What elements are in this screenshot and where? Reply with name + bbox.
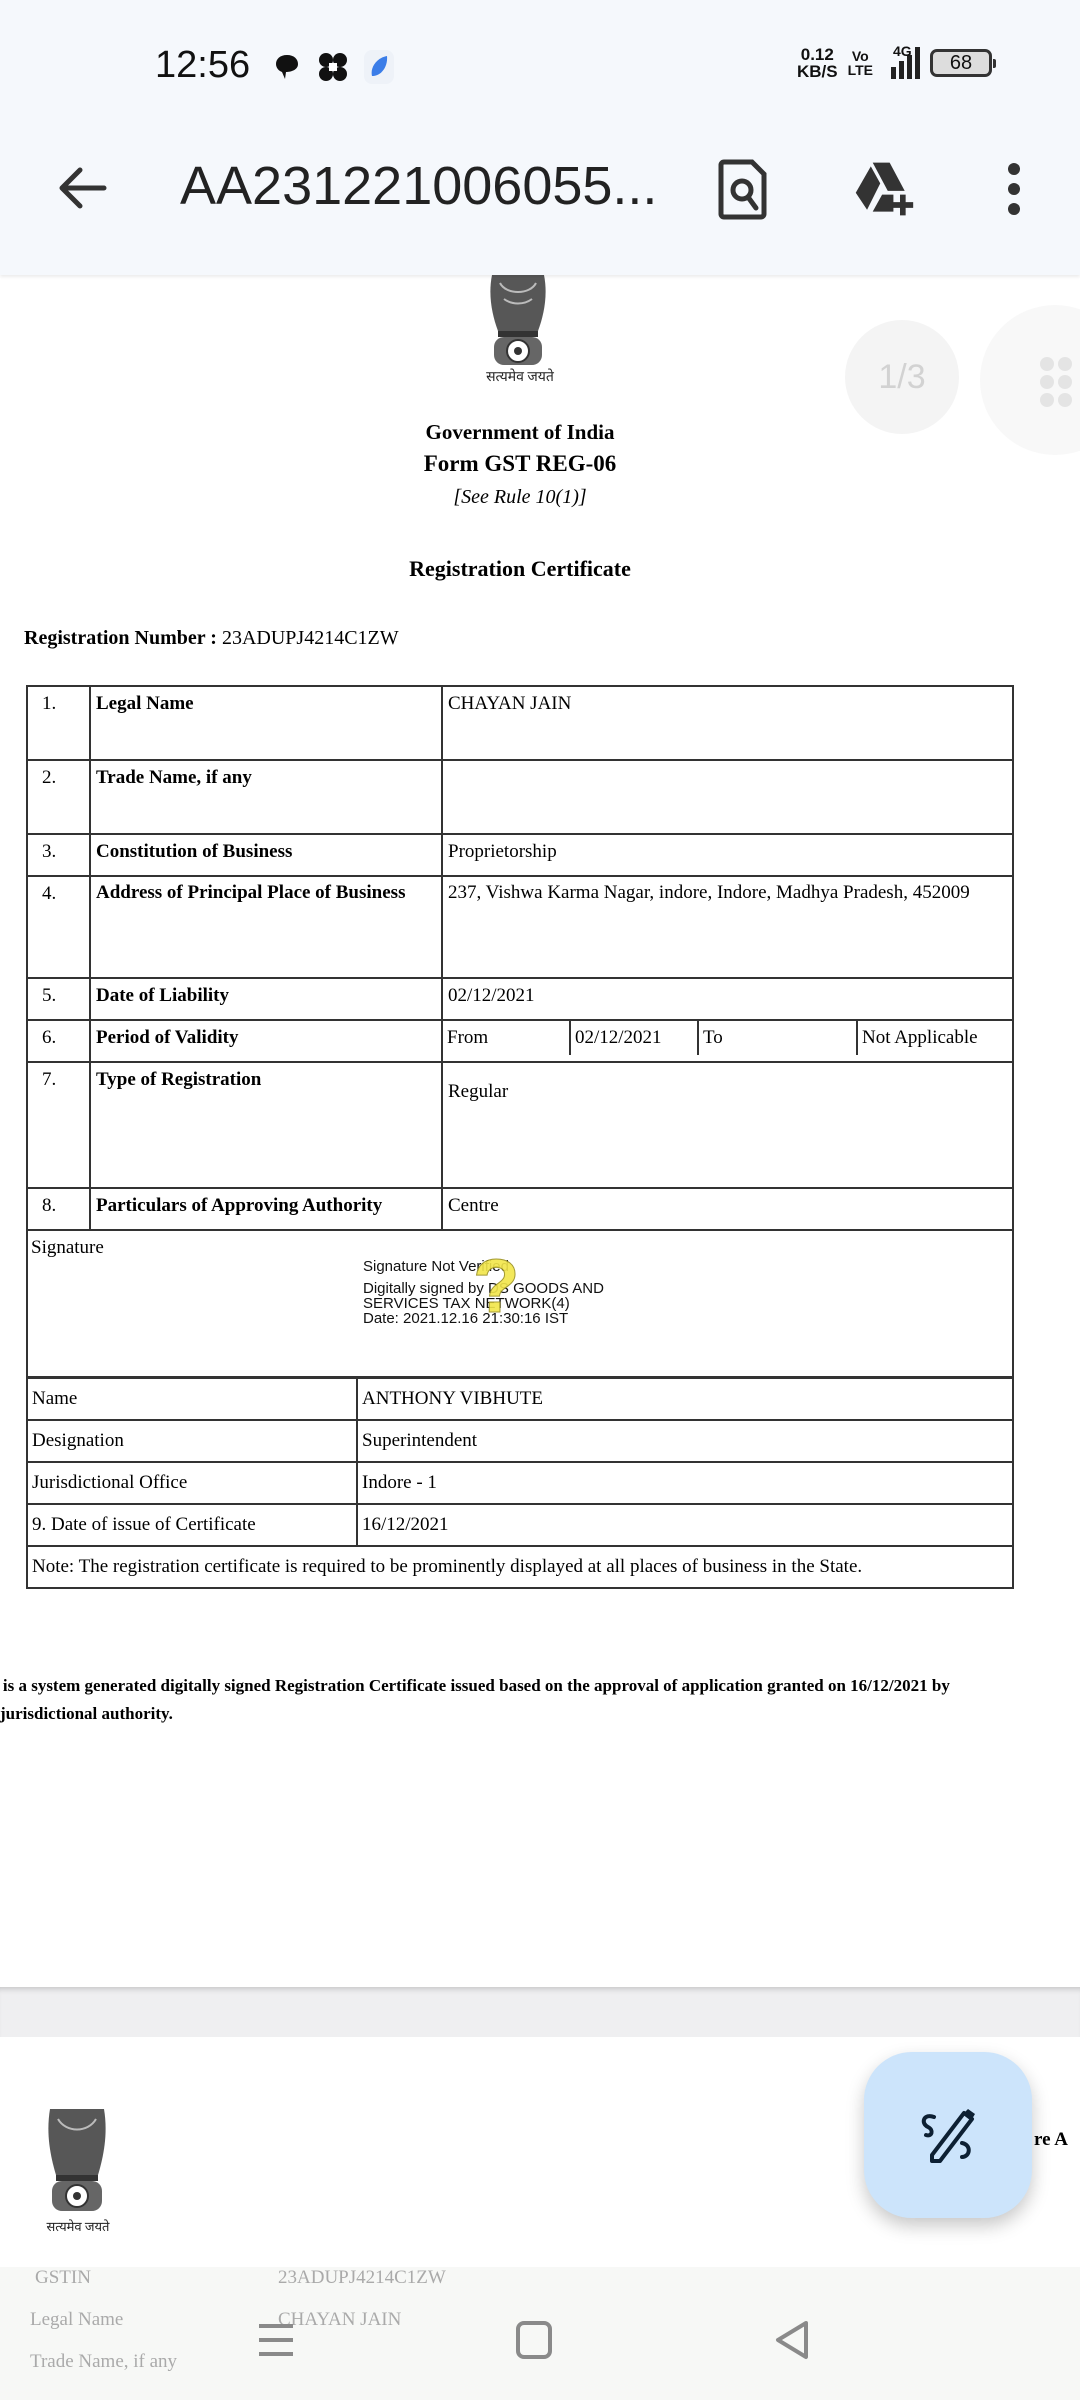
- grid-dots-icon: [1040, 357, 1072, 407]
- find-in-document-button[interactable]: [712, 155, 776, 223]
- table-row: 1. Legal Name CHAYAN JAIN: [27, 686, 1013, 760]
- officer-details-table: Name ANTHONY VIBHUTE Designation Superin…: [26, 1377, 1014, 1589]
- pen-draw-icon: [918, 2105, 978, 2165]
- footer-line-2: jurisdictional authority.: [0, 1700, 1072, 1728]
- document-page-1: सत्यमेव जयते Government of India Form GS…: [0, 275, 1080, 1987]
- back-triangle-icon: [772, 2320, 812, 2360]
- table-row: 7. Type of Registration Regular: [27, 1062, 1013, 1188]
- battery-level: 68: [950, 52, 972, 75]
- table-row: 5. Date of Liability 02/12/2021: [27, 978, 1013, 1020]
- table-row: 3. Constitution of Business Proprietorsh…: [27, 834, 1013, 876]
- p2-label: GSTIN: [35, 2267, 91, 2289]
- clover-app-icon: [316, 50, 350, 84]
- notification-icons: [272, 50, 394, 84]
- officer-label: 9. Date of issue of Certificate: [27, 1504, 357, 1546]
- row-number: 2.: [27, 760, 90, 834]
- status-right: 0.12 KB/S Vo LTE 4G 68: [797, 46, 992, 80]
- signature-label: Signature: [31, 1237, 104, 1259]
- status-time: 12:56: [155, 44, 250, 87]
- table-row: 8. Particulars of Approving Authority Ce…: [27, 1188, 1013, 1230]
- row-label: Trade Name, if any: [90, 760, 442, 834]
- from-label: From: [443, 1021, 570, 1055]
- table-row: Jurisdictional Office Indore - 1: [27, 1462, 1013, 1504]
- row-number: 1.: [27, 686, 90, 760]
- footer-line-1: s is a system generated digitally signed…: [0, 1672, 1072, 1700]
- page-indicator: 1/3: [845, 320, 959, 434]
- rule-reference: [See Rule 10(1)]: [0, 486, 1040, 509]
- registration-number-value: 23ADUPJ4214C1ZW: [222, 627, 399, 649]
- display-note: Note: The registration certificate is re…: [27, 1546, 1013, 1588]
- row-label: Address of Principal Place of Business: [90, 876, 442, 978]
- row-label: Period of Validity: [90, 1020, 442, 1062]
- home-button[interactable]: [504, 2310, 564, 2370]
- officer-label: Designation: [27, 1420, 357, 1462]
- table-row: 4. Address of Principal Place of Busines…: [27, 876, 1013, 978]
- row-label: Constitution of Business: [90, 834, 442, 876]
- recents-button[interactable]: [246, 2310, 306, 2370]
- registration-number: Registration Number : 23ADUPJ4214C1ZW: [24, 627, 399, 650]
- system-nav-bar: [0, 2290, 1080, 2400]
- table-row: 6. Period of Validity From 02/12/2021 To…: [27, 1020, 1013, 1062]
- form-title: Form GST REG-06: [0, 451, 1040, 477]
- validity-subtable: From 02/12/2021 To Not Applicable: [443, 1021, 1012, 1055]
- net-speed-value: 0.12: [797, 46, 838, 63]
- save-to-drive-button[interactable]: [852, 155, 916, 223]
- row-number: 8.: [27, 1188, 90, 1230]
- row-value: Regular: [448, 1081, 1007, 1103]
- validity-cell: From 02/12/2021 To Not Applicable: [442, 1020, 1013, 1062]
- row-value: 237, Vishwa Karma Nagar, indore, Indore,…: [442, 876, 1013, 978]
- row-number: 7.: [27, 1062, 90, 1188]
- back-arrow-icon: [56, 166, 108, 210]
- row-value-cell: Regular: [442, 1062, 1013, 1188]
- row-number: 5.: [27, 978, 90, 1020]
- net-speed: 0.12 KB/S: [797, 46, 838, 80]
- row-label: Legal Name: [90, 686, 442, 760]
- google-drive-add-icon: [852, 159, 916, 219]
- row-number: 3.: [27, 834, 90, 876]
- officer-label: Name: [27, 1378, 357, 1420]
- table-row: Designation Superintendent: [27, 1420, 1013, 1462]
- partial-heading: re A: [1034, 2129, 1068, 2151]
- note-row: Note: The registration certificate is re…: [27, 1546, 1013, 1588]
- row-label: Particulars of Approving Authority: [90, 1188, 442, 1230]
- blue-app-icon: [364, 50, 394, 84]
- signature-cell: Signature Signature Not Verified Digital…: [27, 1230, 1013, 1377]
- signal-icon: 4G: [883, 47, 920, 79]
- officer-label: Jurisdictional Office: [27, 1462, 357, 1504]
- emblem-motto: सत्यमेव जयते: [470, 367, 570, 386]
- emblem-motto: सत्यमेव जयते: [30, 2217, 126, 2235]
- table-row: Name ANTHONY VIBHUTE: [27, 1378, 1013, 1420]
- registration-details-table: 1. Legal Name CHAYAN JAIN 2. Trade Name,…: [26, 685, 1014, 1378]
- more-vert-icon: [1004, 161, 1024, 217]
- row-value: 02/12/2021: [442, 978, 1013, 1020]
- row-value: Proprietorship: [442, 834, 1013, 876]
- top-bar: 12:56 0.12 KB/S Vo LTE 4G 68 AA231221006…: [0, 0, 1080, 275]
- document-search-icon: [718, 158, 770, 220]
- certificate-title: Registration Certificate: [0, 556, 1040, 582]
- registration-number-label: Registration Number :: [24, 627, 217, 649]
- unverified-question-icon: ?: [473, 1249, 519, 1325]
- battery-icon: 68: [930, 49, 992, 77]
- back-button[interactable]: [52, 158, 112, 218]
- network-type: 4G: [893, 43, 912, 59]
- signature-row: Signature Signature Not Verified Digital…: [27, 1230, 1013, 1377]
- system-generated-note: s is a system generated digitally signed…: [0, 1672, 1072, 1728]
- volte-bottom: LTE: [848, 63, 873, 77]
- volte-top: Vo: [848, 49, 873, 63]
- national-emblem-icon: [478, 275, 558, 367]
- document-title: AA231221006055...: [180, 155, 657, 217]
- recents-icon: [256, 2320, 296, 2360]
- row-value: [442, 760, 1013, 834]
- annotate-fab[interactable]: [864, 2052, 1032, 2218]
- more-options-button[interactable]: [982, 155, 1046, 223]
- p2-value: 23ADUPJ4214C1ZW: [278, 2267, 446, 2289]
- officer-value: 16/12/2021: [357, 1504, 1013, 1546]
- row-value: CHAYAN JAIN: [442, 686, 1013, 760]
- national-emblem-icon: [38, 2105, 116, 2215]
- table-row: 2. Trade Name, if any: [27, 760, 1013, 834]
- net-speed-unit: KB/S: [797, 63, 838, 80]
- row-number: 6.: [27, 1020, 90, 1062]
- to-label: To: [698, 1021, 857, 1055]
- system-back-button[interactable]: [762, 2310, 822, 2370]
- row-value: Centre: [442, 1188, 1013, 1230]
- row-number: 4.: [27, 876, 90, 978]
- row-label: Date of Liability: [90, 978, 442, 1020]
- row-label: Type of Registration: [90, 1062, 442, 1188]
- from-value: 02/12/2021: [570, 1021, 698, 1055]
- to-value: Not Applicable: [857, 1021, 1012, 1055]
- home-icon: [514, 2320, 554, 2360]
- table-row: 9. Date of issue of Certificate 16/12/20…: [27, 1504, 1013, 1546]
- officer-value: ANTHONY VIBHUTE: [357, 1378, 1013, 1420]
- officer-value: Indore - 1: [357, 1462, 1013, 1504]
- volte-indicator: Vo LTE: [848, 49, 873, 77]
- chat-bubble-icon: [272, 52, 302, 82]
- officer-value: Superintendent: [357, 1420, 1013, 1462]
- page-separator: [0, 1987, 1080, 2037]
